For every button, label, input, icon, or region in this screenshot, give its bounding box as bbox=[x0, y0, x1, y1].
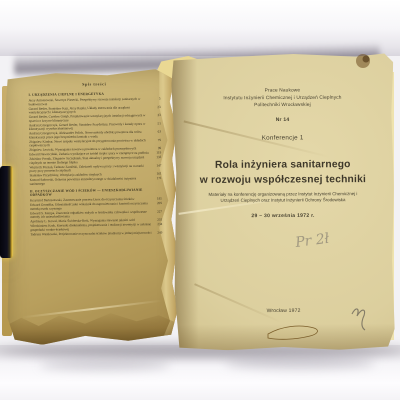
toc-entry-page-number: 23 bbox=[153, 105, 161, 113]
toc-entry-page-number: 185 bbox=[154, 197, 162, 201]
pencil-inscription: Pr 2ł bbox=[294, 230, 330, 251]
toc-entry-page-number: 99 bbox=[153, 147, 161, 151]
series-line: Politechniki Wrocławskiej bbox=[171, 101, 393, 110]
title-page-text: Prace Naukowe Instytutu Inżynierii Chemi… bbox=[171, 53, 395, 350]
right-page-title-page: Prace Naukowe Instytutu Inżynierii Chemi… bbox=[171, 53, 395, 350]
toc-entry-page-number: 5 bbox=[152, 97, 160, 105]
toc-entry-page-number: 161 bbox=[154, 172, 162, 176]
toc-entry-page-number: 63 bbox=[153, 130, 161, 138]
toc-entry-page-number: 119 bbox=[153, 151, 161, 155]
cloth-shadow bbox=[225, 357, 375, 369]
toc-entry: Konrad Sadowski, Ochrona powietrza atmos… bbox=[30, 177, 162, 186]
toc-entry: Tadeusz Wasilewski, Projektowanie oczysz… bbox=[30, 231, 162, 237]
title-line: w rozwoju współczesnej techniki bbox=[172, 171, 394, 187]
imprint: Wrocław 1972 bbox=[173, 307, 395, 314]
conference-date: 29 – 30 września 1972 r. bbox=[172, 212, 394, 219]
toc-entry-page-number: 249 bbox=[154, 231, 162, 235]
toc-entry-page-number: 234 bbox=[154, 223, 162, 231]
title-line: Rola inżyniera sanitarnego bbox=[172, 156, 394, 172]
issue-number: Nr 14 bbox=[172, 116, 394, 123]
subtitle: Materiały na konferencję organizowaną pr… bbox=[200, 191, 366, 204]
toc-block: Spis treści I. URZĄDZENIA CIEPLNE I ENER… bbox=[28, 81, 163, 333]
toc-section-heading: I. URZĄDZENIA CIEPLNE I ENERGETYKA bbox=[28, 92, 160, 97]
conference-label: Konferencje 1 bbox=[172, 133, 394, 141]
cloth-shadow bbox=[40, 360, 170, 370]
spine-binding-clip bbox=[0, 166, 13, 258]
toc-entry-page-number: 51 bbox=[153, 122, 161, 130]
toc-entry-page-number: 231 bbox=[154, 218, 162, 222]
book-title: Rola inżyniera sanitarnego w rozwoju wsp… bbox=[172, 156, 394, 187]
series-statement: Prace Naukowe Instytutu Inżynierii Chemi… bbox=[171, 86, 393, 109]
toc-entry-page-number: 147 bbox=[153, 164, 161, 172]
toc-entry-text: Konrad Sadowski, Ochrona powietrza atmos… bbox=[30, 177, 154, 186]
toc-entry-page-number: 33 bbox=[153, 114, 161, 122]
toc-title: Spis treści bbox=[28, 81, 160, 87]
toc-section-heading: II. OCZYSZCZANIE WÓD I ŚCIEKÓW — UNIESZK… bbox=[30, 188, 162, 197]
toc-sections: I. URZĄDZENIA CIEPLNE I ENERGETYKAJerzy … bbox=[28, 92, 162, 237]
toc-entry-page-number: 133 bbox=[153, 156, 161, 164]
book-photograph: Spis treści I. URZĄDZENIA CIEPLNE I ENER… bbox=[0, 0, 400, 400]
toc-entry-page-number: 171 bbox=[154, 177, 162, 185]
toc-entry-page-number: 227 bbox=[154, 210, 162, 218]
toc-entry-page-number: 209 bbox=[154, 202, 162, 210]
toc-entry-text: Tadeusz Wasilewski, Projektowanie oczysz… bbox=[30, 231, 154, 236]
toc-entry-page-number: 79 bbox=[153, 138, 161, 146]
left-page-table-of-contents: Spis treści I. URZĄDZENIA CIEPLNE I ENER… bbox=[4, 69, 180, 345]
